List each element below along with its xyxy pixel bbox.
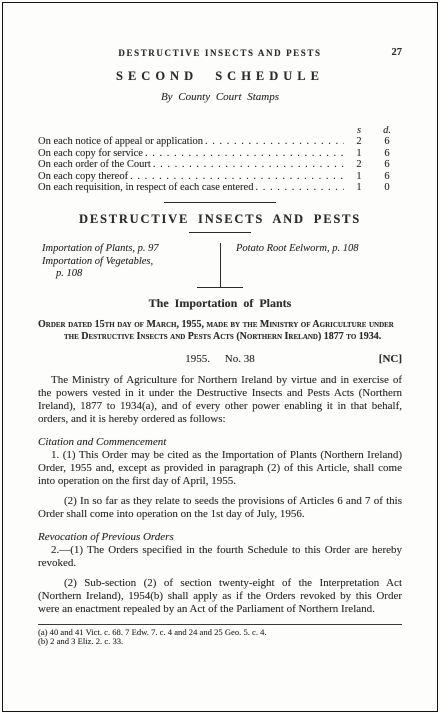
nc-tag: [NC]: [379, 353, 402, 365]
footnotes: (a) 40 and 41 Vict. c. 68. 7 Edw. 7. c. …: [38, 628, 402, 647]
article-2-1: 2.—(1) The Orders specified in the fourt…: [38, 544, 402, 570]
leader-dots: [153, 159, 344, 171]
fee-label: On each requisition, in respect of each …: [38, 182, 253, 194]
index-entry-continuation: p. 108: [42, 268, 220, 281]
leader-dots: [255, 182, 344, 194]
index-column-divider: [220, 243, 221, 287]
fee-pence: 0: [372, 182, 402, 194]
article-2-2: (2) Sub-section (2) of section twenty-ei…: [38, 577, 402, 617]
order-number-line: 1955. No. 38 [NC]: [38, 353, 402, 365]
fee-pence: 6: [372, 159, 402, 171]
citation-heading: Citation and Commencement: [38, 436, 402, 448]
footnote-separator-rule: [38, 624, 402, 625]
running-head: DESTRUCTIVE INSECTS AND PESTS 27: [38, 48, 402, 58]
fee-table-row: On each copy thereof 1 6: [38, 171, 402, 183]
fee-pence: 6: [372, 148, 402, 160]
index-entry: Potato Root Eelworm, p. 108: [236, 243, 402, 256]
order-number: No. 38: [225, 353, 255, 365]
fee-pence: 6: [372, 171, 402, 183]
fee-table-row: On each requisition, in respect of each …: [38, 182, 402, 194]
index-entry: Importation of Plants, p. 97: [42, 243, 220, 256]
chapter-heading: DESTRUCTIVE INSECTS AND PESTS: [38, 212, 402, 227]
revocation-heading: Revocation of Previous Orders: [38, 531, 402, 543]
index-left-column: Importation of Plants, p. 97 Importation…: [38, 243, 220, 281]
schedule-subtitle: By County Court Stamps: [38, 91, 402, 103]
order-year: 1955.: [185, 353, 210, 365]
running-head-title: DESTRUCTIVE INSECTS AND PESTS: [118, 48, 321, 58]
chapter-index: Importation of Plants, p. 97 Importation…: [38, 243, 402, 281]
heading-underline-rule: [189, 232, 251, 233]
article-1-2: (2) In so far as they relate to seeds th…: [38, 495, 402, 521]
fee-table-header: s d.: [38, 125, 402, 136]
leader-dots: [205, 136, 344, 148]
schedule-title: SECOND SCHEDULE: [38, 69, 402, 84]
leader-dots: [145, 148, 344, 160]
fee-table: s d. On each notice of appeal or applica…: [38, 125, 402, 194]
fee-table-row: On each copy for service 1 6: [38, 148, 402, 160]
shillings-column-header: s: [346, 125, 372, 136]
fee-pence: 6: [372, 136, 402, 148]
fee-shillings: 1: [346, 171, 372, 183]
page-number: 27: [392, 47, 403, 58]
fee-label: On each order of the Court: [38, 159, 151, 171]
fee-shillings: 1: [346, 148, 372, 160]
index-entry: Importation of Vegetables,: [42, 256, 220, 269]
fee-table-row: On each notice of appeal or application …: [38, 136, 402, 148]
footnote-b: (b) 2 and 3 Eliz. 2. c. 33.: [38, 637, 402, 647]
pence-column-header: d.: [372, 125, 402, 136]
fee-label: On each copy thereof: [38, 171, 128, 183]
leader-dots: [130, 171, 344, 183]
article-1-1: 1. (1) This Order may be cited as the Im…: [38, 449, 402, 489]
section-divider-rule: [164, 202, 276, 203]
fee-label: On each notice of appeal or application: [38, 136, 203, 148]
fee-label: On each copy for service: [38, 148, 143, 160]
opening-paragraph: The Ministry of Agriculture for Northern…: [38, 374, 402, 427]
fee-shillings: 2: [346, 159, 372, 171]
fee-table-row: On each order of the Court 2 6: [38, 159, 402, 171]
fee-shillings: 1: [346, 182, 372, 194]
index-right-column: Potato Root Eelworm, p. 108: [220, 243, 402, 281]
scanned-document-page: DESTRUCTIVE INSECTS AND PESTS 27 SECOND …: [0, 0, 440, 714]
order-preamble: Order dated 15th day of March, 1955, mad…: [38, 319, 402, 343]
fee-shillings: 2: [346, 136, 372, 148]
order-title: The Importation of Plants: [38, 296, 402, 311]
